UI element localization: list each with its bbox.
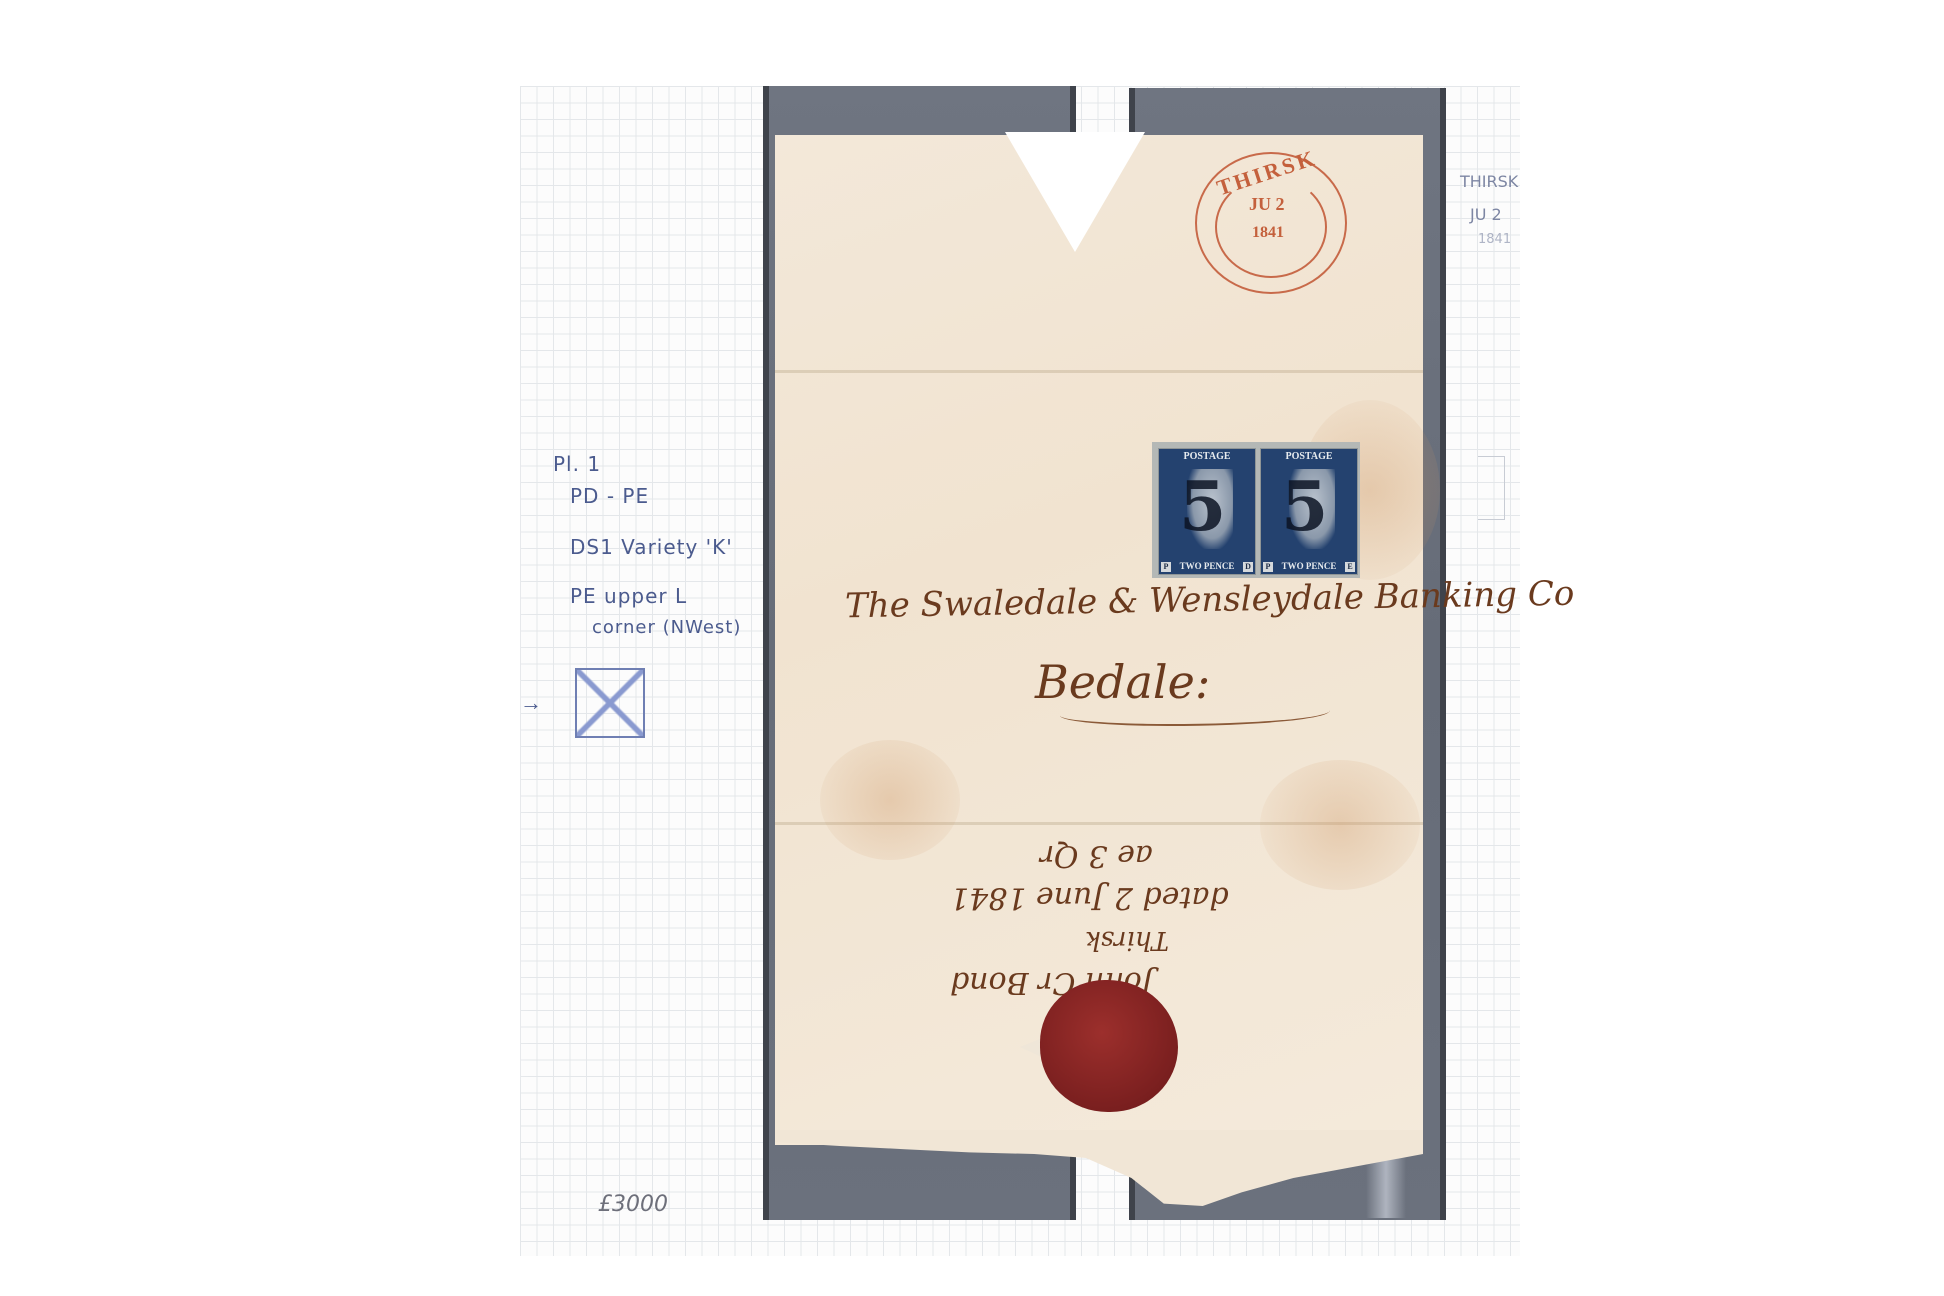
docket-line: ae 3 Qr (1040, 838, 1153, 873)
stamp-top-label: POSTAGE (1261, 451, 1357, 462)
stamp-value-label: TWO PENCE (1159, 561, 1255, 571)
price-note: £3000 (598, 1192, 668, 1217)
corner-variety-sketch-icon (575, 668, 645, 738)
note-position: PE upper L (570, 584, 687, 608)
foxing-stain (820, 740, 960, 860)
note-plate: Pl. 1 (553, 452, 601, 476)
stamp-corner-letter: D (1243, 562, 1253, 572)
postmark-date: JU 2 (1249, 194, 1285, 215)
note-date: JU 2 (1470, 205, 1502, 224)
docket-line: dated 2 June 1841 (950, 880, 1229, 915)
note-letters: PD - PE (570, 484, 649, 508)
stamp-corner-letter: P (1263, 562, 1273, 572)
note-town: THIRSK (1460, 172, 1518, 191)
arrow-icon: → (520, 690, 542, 716)
docket-line: Thirsk (1085, 925, 1169, 955)
stamp-corner-letter: E (1345, 562, 1355, 572)
stamp-two-pence-blue: POSTAGE 5 TWO PENCE P D (1158, 448, 1256, 575)
page-shadow (440, 380, 530, 1080)
cover-notch (1005, 132, 1145, 252)
faint-sketch-icon (1478, 456, 1505, 520)
fold-line (775, 370, 1423, 373)
stamp-top-label: POSTAGE (1159, 451, 1255, 462)
note-position: corner (NWest) (592, 617, 741, 638)
thirsk-postmark: THIRSK JU 2 1841 (1195, 152, 1347, 294)
maltese-cross-cancel: 5 (1179, 467, 1226, 547)
stamp-corner-letter: P (1161, 562, 1171, 572)
stamp-pair: POSTAGE 5 TWO PENCE P D POSTAGE 5 TWO PE… (1152, 442, 1360, 578)
stamp-two-pence-blue: POSTAGE 5 TWO PENCE P E (1260, 448, 1358, 575)
postmark-year: 1841 (1252, 224, 1284, 242)
maltese-cross-cancel: 5 (1281, 467, 1328, 547)
note-year: 1841 (1478, 232, 1511, 247)
wax-seal (1040, 980, 1178, 1112)
stamp-value-label: TWO PENCE (1261, 561, 1357, 571)
note-variety: DS1 Variety 'K' (570, 535, 733, 559)
foxing-stain (1260, 760, 1420, 890)
